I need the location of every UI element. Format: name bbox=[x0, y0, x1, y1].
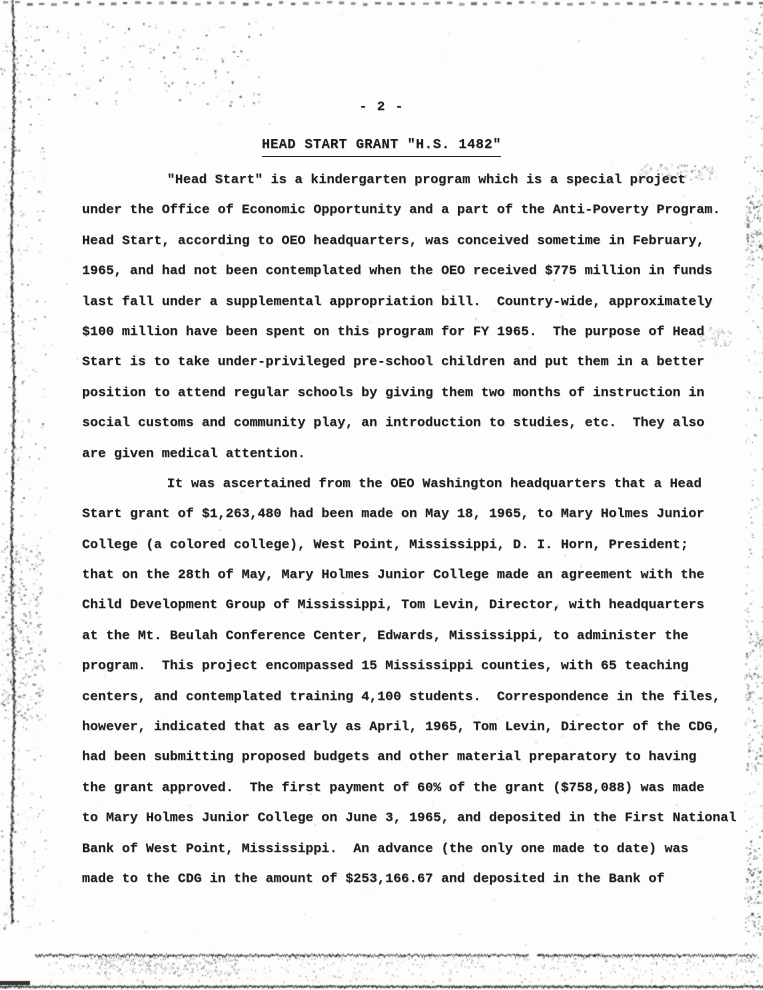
text-line: Start grant of $1,263,480 had been made … bbox=[82, 499, 742, 529]
text-line: Start is to take under-privileged pre-sc… bbox=[82, 347, 742, 377]
text-line: made to the CDG in the amount of $253,16… bbox=[82, 864, 742, 894]
text-line: under the Office of Economic Opportunity… bbox=[82, 195, 742, 225]
text-line: Bank of West Point, Mississippi. An adva… bbox=[82, 834, 742, 864]
scanned-document-page: - 2 - HEAD START GRANT "H.S. 1482" "Head… bbox=[0, 0, 763, 990]
text-line: that on the 28th of May, Mary Holmes Jun… bbox=[82, 560, 742, 590]
text-line: College (a colored college), West Point,… bbox=[82, 530, 742, 560]
text-line: program. This project encompassed 15 Mis… bbox=[82, 651, 742, 681]
text-line: $100 million have been spent on this pro… bbox=[82, 317, 742, 347]
text-line: last fall under a supplemental appropria… bbox=[82, 287, 742, 317]
text-line: however, indicated that as early as Apri… bbox=[82, 712, 742, 742]
document-title-row: HEAD START GRANT "H.S. 1482" bbox=[0, 138, 763, 157]
text-line: had been submitting proposed budgets and… bbox=[82, 742, 742, 772]
text-line: "Head Start" is a kindergarten program w… bbox=[82, 165, 742, 195]
document-body: "Head Start" is a kindergarten program w… bbox=[82, 165, 742, 894]
text-line: It was ascertained from the OEO Washingt… bbox=[82, 469, 742, 499]
text-line: 1965, and had not been contemplated when… bbox=[82, 256, 742, 286]
text-line: are given medical attention. bbox=[82, 439, 742, 469]
text-line: social customs and community play, an in… bbox=[82, 408, 742, 438]
page-number: - 2 - bbox=[0, 99, 763, 114]
text-line: Child Development Group of Mississippi, … bbox=[82, 590, 742, 620]
text-line: Head Start, according to OEO headquarter… bbox=[82, 226, 742, 256]
text-line: to Mary Holmes Junior College on June 3,… bbox=[82, 803, 742, 833]
text-line: at the Mt. Beulah Conference Center, Edw… bbox=[82, 621, 742, 651]
text-line: centers, and contemplated training 4,100… bbox=[82, 682, 742, 712]
text-line: the grant approved. The first payment of… bbox=[82, 773, 742, 803]
text-line: position to attend regular schools by gi… bbox=[82, 378, 742, 408]
document-title: HEAD START GRANT "H.S. 1482" bbox=[262, 138, 502, 157]
